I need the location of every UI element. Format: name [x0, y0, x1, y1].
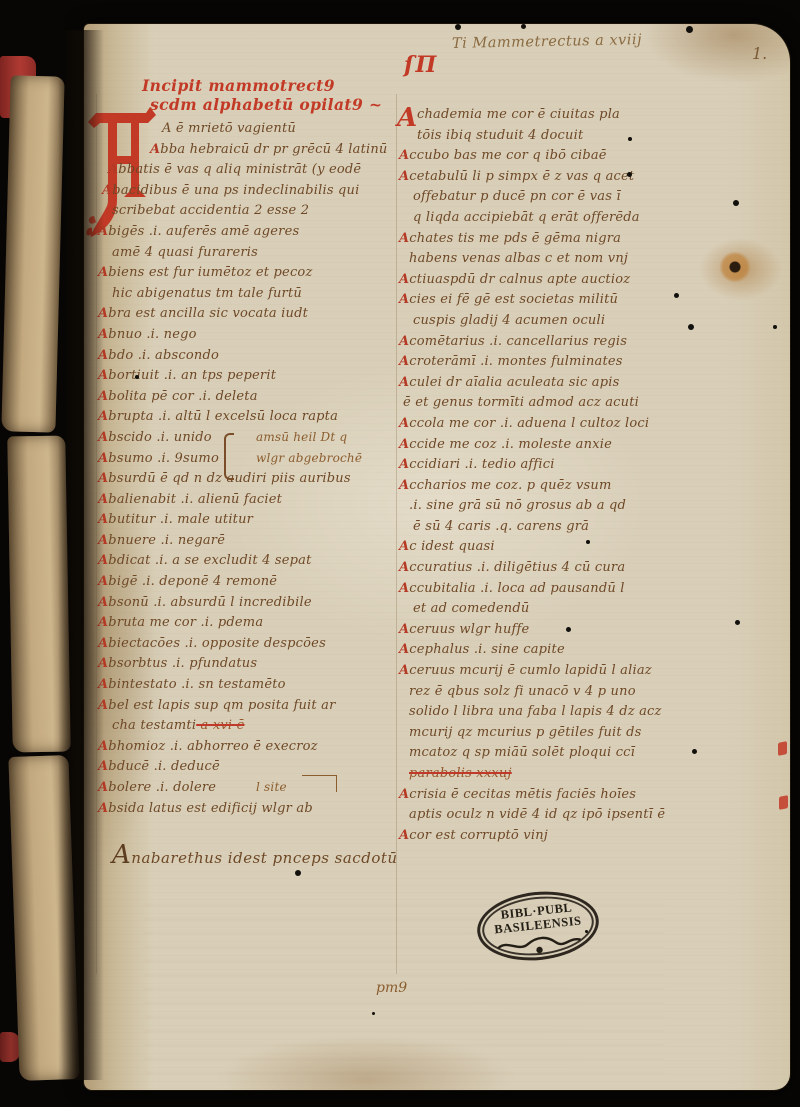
rubricated-letter: A — [399, 437, 409, 452]
manuscript-line: mcatoz q sp miāū solēt ploqui ccī — [399, 745, 784, 766]
manuscript-line: amē 4 quasi furareris — [98, 245, 398, 266]
wormhole — [674, 293, 679, 298]
wormhole — [586, 540, 590, 544]
manuscript-line: Absonū .i. absurdū l incredibile — [98, 595, 398, 616]
edge-rubric-mark — [778, 741, 787, 756]
manuscript-line: Abiectacōes .i. opposite despcōes — [98, 636, 398, 657]
folio-number: 1. — [752, 44, 767, 63]
manuscript-line: et ad comedendū — [399, 601, 784, 622]
rubricated-letter: A — [399, 478, 409, 493]
manuscript-line: Abalienabit .i. alienū faciet — [98, 492, 398, 513]
manuscript-line: Accharios me coz. p quēz vsum — [399, 478, 784, 499]
rubricated-letter: A — [399, 375, 409, 390]
library-stamp: BIBL·PUBL BASILEENSIS — [474, 886, 602, 966]
manuscript-line: Abba hebraicū dr pr grēcū 4 latinū — [98, 142, 398, 163]
binding-strip — [1, 75, 64, 432]
manuscript-line: Abutitur .i. male utitur — [98, 512, 398, 533]
manuscript-line: Absumo .i. 9sumowlgr abgebrochē — [98, 451, 398, 472]
manuscript-line: Abruta me cor .i. pdema — [98, 615, 398, 636]
manuscript-line: Abdo .i. abscondo — [98, 348, 398, 369]
manuscript-line: solido l libra una faba l lapis 4 dz acz — [399, 704, 784, 725]
wormhole — [372, 1012, 375, 1015]
red-strikethrough: a xvi ē — [196, 718, 244, 733]
manuscript-line: Acrisia ē cecitas mētis faciēs hoīes — [399, 787, 784, 808]
manuscript-line: parabolis xxxuj — [399, 766, 784, 787]
manuscript-line: Acephalus .i. sine capite — [399, 642, 784, 663]
rubricated-letter: A — [399, 292, 409, 307]
manuscript-page: Ti Mammetrectus a xviij 1. ſΠ Incipit ma… — [84, 24, 790, 1090]
manuscript-line: Absurdū ē qd n dz audiri piis auribus — [98, 471, 398, 492]
manuscript-line: mcurij qz mcurius p gētiles fuit ds — [399, 725, 784, 746]
manuscript-line: Accidiari .i. tedio affici — [399, 457, 784, 478]
manuscript-line: A ē mrietō vagientū — [98, 121, 398, 142]
wormhole — [688, 324, 694, 330]
manuscript-line: Abnuo .i. nego — [98, 327, 398, 348]
manuscript-line: cha testamti a xvi ē — [98, 718, 398, 739]
rubricated-letter: A — [399, 272, 409, 287]
manuscript-line: chademia me cor ē ciuitas pla — [399, 107, 784, 128]
wormhole — [455, 24, 461, 30]
manuscript-line: rez ē qbus solz fi unacō v 4 p uno — [399, 684, 784, 705]
manuscript-line: Abel est lapis sup qm posita fuit ar — [98, 698, 398, 719]
wormhole — [135, 375, 139, 379]
edge-rubric-mark — [779, 795, 788, 810]
rubricated-letter: A — [399, 539, 409, 554]
rubricated-letter: A — [399, 231, 409, 246]
manuscript-line: Absorbtus .i. pfundatus — [98, 656, 398, 677]
red-column-mark: ſΠ — [404, 52, 438, 78]
manuscript-line: Abrupta .i. altū l excelsū loca rapta — [98, 409, 398, 430]
manuscript-line: Absida latus est edificij wlgr ab — [98, 801, 398, 822]
manuscript-line: q liqda accipiebāt q erāt offerēda — [399, 210, 784, 231]
manuscript-line: Aceruus wlgr huffe — [399, 622, 784, 643]
red-fore-edge — [0, 1032, 20, 1062]
rubricated-letter: A — [399, 828, 409, 843]
wormhole — [627, 172, 632, 177]
manuscript-line: Acomētarius .i. cancellarius regis — [399, 334, 784, 355]
manuscript-line: Aceruus mcurij ē cumlo lapidū l aliaz — [399, 663, 784, 684]
incipit-line-1: Incipit mammotrect9 — [142, 76, 382, 95]
gloss-bracket — [224, 433, 234, 480]
right-text-column: A chademia me cor ē ciuitas platōis ibiq… — [399, 107, 784, 848]
rubricated-letter: A — [399, 581, 409, 596]
manuscript-line: Accubo bas me cor q ibō cibaē — [399, 148, 784, 169]
rubricated-letter: A — [399, 663, 409, 678]
quire-signature: pm9 — [376, 980, 407, 996]
wormhole — [735, 620, 740, 625]
wormhole — [585, 930, 588, 933]
manuscript-line: Accubitalia .i. loca ad pausandū l — [399, 581, 784, 602]
manuscript-line: Acetabulū li p simpx ē z vas q acet — [399, 169, 784, 190]
manuscript-line: cuspis gladij 4 acumen oculi — [399, 313, 784, 334]
manuscript-line: aptis oculz n vidē 4 id qz ipō ipsentī ē — [399, 807, 784, 828]
manuscript-line: Accola me cor .i. aduena l cultoz loci — [399, 416, 784, 437]
manuscript-line: Acies ei fē gē est societas militū — [399, 292, 784, 313]
manuscript-line: Abigēs .i. auferēs amē ageres — [98, 224, 398, 245]
manuscript-line: offebatur p ducē pn cor ē vas ī — [399, 189, 784, 210]
manuscript-line: Abnuere .i. negarē — [98, 533, 398, 554]
rubricated-letter: A — [399, 622, 409, 637]
rubricated-letter: A — [399, 334, 409, 349]
manuscript-line: Abolere .i. dolerel site — [98, 780, 398, 801]
manuscript-line: scribebat accidentia 2 esse 2 — [98, 203, 398, 224]
incipit-heading: Incipit mammotrect9 scdm alphabetū opila… — [142, 76, 382, 114]
rubricated-letter: A — [399, 148, 409, 163]
rubricated-letter: A — [399, 354, 409, 369]
manuscript-line: .i. sine grā sū nō grosus ab a qd — [399, 498, 784, 519]
rubricated-letter: A — [399, 642, 409, 657]
wormhole — [295, 870, 301, 876]
manuscript-line: Abscido .i. unidoamsū heil Dt q — [98, 430, 398, 451]
top-annotation: Ti Mammetrectus a xviij — [452, 32, 642, 52]
scribal-note: Anabarethus idest pnceps sacdotū — [112, 840, 398, 870]
manuscript-line: Abducē .i. deducē — [98, 759, 398, 780]
manuscript-line: Abacidibus ē una ps indeclinabilis qui — [98, 183, 398, 204]
manuscript-line: tōis ibiq studuit 4 docuit — [399, 128, 784, 149]
manuscript-line: Acroterāmī .i. montes fulminates — [399, 354, 784, 375]
wormhole — [686, 26, 693, 33]
rubricated-letter: A — [399, 560, 409, 575]
manuscript-line: Abbatis ē vas q aliq ministrāt (y eodē — [98, 162, 398, 183]
manuscript-line: Abolita pē cor .i. deleta — [98, 389, 398, 410]
manuscript-line: ē et genus tormīti admod acz acuti — [399, 395, 784, 416]
manuscript-line: Abdicat .i. a se excludit 4 sepat — [98, 553, 398, 574]
rubricated-letter: A — [399, 416, 409, 431]
manuscript-line: Acor est corruptō vinj — [399, 828, 784, 849]
gutter-shadow — [58, 30, 104, 1080]
manuscript-line: ē sū 4 caris .q. carens grā — [399, 519, 784, 540]
manuscript-line: Accuratius .i. diligētius 4 cū cura — [399, 560, 784, 581]
manuscript-line: Ac idest quasi — [399, 539, 784, 560]
rubricated-letter: A — [399, 169, 409, 184]
manuscript-line: Abhomioz .i. abhorreo ē execroz — [98, 739, 398, 760]
ink-stain — [718, 252, 752, 282]
manuscript-line: Accide me coz .i. moleste anxie — [399, 437, 784, 458]
manuscript-photo: { "page": { "folio_number": "1.", "top_a… — [0, 0, 800, 1107]
margin-corner-mark — [302, 775, 337, 792]
manuscript-line: Achates tis me pds ē gēma nigra — [399, 231, 784, 252]
margin-gloss: amsū heil Dt q — [256, 430, 347, 444]
margin-gloss: wlgr abgebrochē — [256, 451, 362, 465]
manuscript-line: Abiens est fur iumētoz et pecoz — [98, 265, 398, 286]
incipit-line-2: scdm alphabetū opilat9 ~ — [150, 95, 382, 114]
manuscript-line: Abra est ancilla sic vocata iudt — [98, 306, 398, 327]
rubricated-letter: A — [399, 787, 409, 802]
manuscript-line: Abintestato .i. sn testamēto — [98, 677, 398, 698]
rubricated-letter: A — [399, 457, 409, 472]
wormhole — [773, 325, 777, 329]
wormhole — [566, 627, 571, 632]
manuscript-line: Aculei dr aīalia aculeata sic apis — [399, 375, 784, 396]
margin-gloss: l site — [256, 780, 287, 794]
manuscript-line: Abigē .i. deponē 4 remonē — [98, 574, 398, 595]
manuscript-line: Abortiuit .i. an tps peperit — [98, 368, 398, 389]
rubricated-letter: A — [108, 162, 118, 177]
wormhole — [521, 24, 526, 29]
manuscript-line: hic abigenatus tm tale furtū — [98, 286, 398, 307]
rubricated-letter: A — [150, 142, 160, 157]
wormhole — [692, 749, 697, 754]
left-text-column: A ē mrietō vagientūAbba hebraicū dr pr g… — [98, 121, 398, 821]
wormhole — [628, 137, 632, 141]
wormhole — [733, 200, 739, 206]
